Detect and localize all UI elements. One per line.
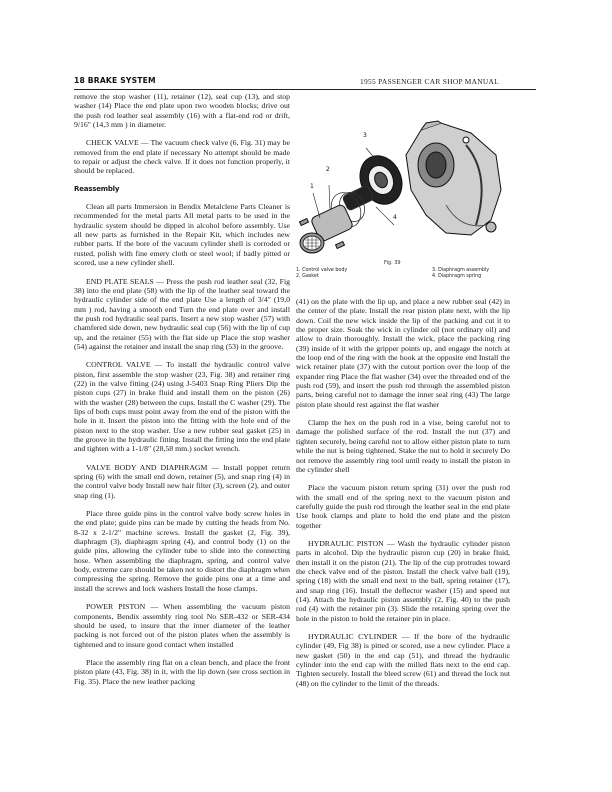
callout-1: 1 <box>310 183 314 190</box>
callout-3: 3 <box>363 132 367 139</box>
paragraph-power-piston: POWER PISTON — When assembling the vacuu… <box>74 602 290 649</box>
figure-caption: Fig. 39 <box>384 260 401 266</box>
paragraph: Place the assembly ring flat on a clean … <box>74 658 290 686</box>
paragraph-hydraulic-cylinder: HYDRAULIC CYLINDER — If the bore of the … <box>296 632 510 688</box>
paragraph: Clamp the hex on the push rod in a vise,… <box>296 418 510 474</box>
paragraph-valve-body: VALVE BODY AND DIAPHRAGM — Install poppe… <box>74 463 290 500</box>
callout-2: 2 <box>326 166 330 173</box>
paragraph-hydraulic-piston: HYDRAULIC PISTON — Wash the hydraulic cy… <box>296 539 510 623</box>
page-header: 18 BRAKE SYSTEM 1955 PASSENGER CAR SHOP … <box>74 76 536 90</box>
manual-title: 1955 PASSENGER CAR SHOP MANUAL <box>360 77 499 86</box>
paragraph: remove the stop washer (11), retainer (1… <box>74 92 290 129</box>
left-column: remove the stop washer (11), retainer (1… <box>74 92 290 695</box>
paragraph-check-valve: CHECK VALVE — The vacuum check valve (6,… <box>74 138 290 175</box>
manual-page: 18 BRAKE SYSTEM 1955 PASSENGER CAR SHOP … <box>0 0 612 792</box>
paragraph-control-valve: CONTROL VALVE — To install the hydraulic… <box>74 360 290 453</box>
housing-shape <box>406 121 501 235</box>
legend-item: 4. Diaphragm spring <box>432 274 489 280</box>
subheading-reassembly: Reassembly <box>74 185 290 194</box>
paragraph-end-plate-seals: END PLATE SEALS — Press the push rod lea… <box>74 277 290 352</box>
legend-item: 2. Gasket <box>296 274 347 280</box>
right-column: (41) on the plate with the lip up, and p… <box>296 297 510 697</box>
paragraph: Clean all parts Immersion in Bendix Meta… <box>74 202 290 267</box>
control-valve-body-shape <box>300 204 354 253</box>
callout-4: 4 <box>393 214 397 221</box>
paragraph: (41) on the plate with the lip up, and p… <box>296 297 510 409</box>
section-title: 18 BRAKE SYSTEM <box>74 76 156 85</box>
paragraph: Place the vacuum piston return spring (3… <box>296 483 510 530</box>
paragraph: Place three guide pins in the control va… <box>74 509 290 593</box>
figure-39-illustration <box>296 115 516 275</box>
figure-legend-right: 3. Diaphragm assembly 4. Diaphragm sprin… <box>432 268 489 280</box>
figure-legend-left: 1. Control valve body 2. Gasket <box>296 268 347 280</box>
